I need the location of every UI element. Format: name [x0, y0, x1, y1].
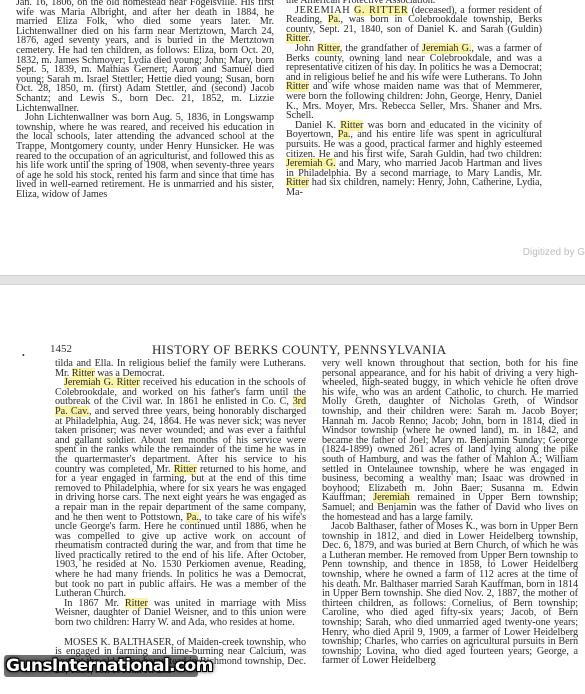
page-separator: [0, 275, 585, 285]
text-column-right: very well known throughout that section,…: [322, 359, 578, 666]
scanned-page-bottom: 1452 HISTORY OF BERKS COUNTY, PENNSYLVAN…: [0, 285, 585, 694]
text-run: , to take care of his wife's uncle Georg…: [55, 512, 306, 600]
paragraph: Jeremiah G. Ritter received his educatio…: [55, 378, 306, 599]
text-run: and wife whose maiden name was that of M…: [286, 81, 542, 121]
scanned-page-top: Jan. 16, 1806, on the old homestead near…: [0, 0, 585, 275]
running-header: 1452 HISTORY OF BERKS COUNTY, PENNSYLVAN…: [0, 343, 585, 359]
bullet-mark: •: [22, 351, 25, 360]
paragraph: JEREMIAH G. RITTER (deceased), a former …: [286, 6, 542, 44]
running-title: HISTORY OF BERKS COUNTY, PENNSYLVANIA: [152, 342, 446, 358]
text-run: had six children, namely: Henry, John, C…: [286, 177, 542, 198]
text-column-left: Jan. 16, 1806, on the old homestead near…: [16, 0, 274, 199]
paragraph: Jacob Balthaser, father of Moses K., was…: [322, 522, 578, 666]
paragraph: Daniel K. Ritter was born and educated i…: [286, 121, 542, 198]
paragraph: tilda and Ella. In religious belief the …: [55, 359, 306, 378]
text-run: very well known throughout that section,…: [322, 358, 578, 503]
page-number: 1452: [50, 343, 72, 355]
text-column-left: tilda and Ella. In religious belief the …: [55, 359, 306, 676]
paragraph: John Ritter, the grandfather of Jeremiah…: [286, 44, 542, 121]
paragraph: John Lichtenwallner was born Aug. 5, 183…: [16, 113, 274, 199]
digitized-by-label: Digitized by G: [523, 247, 585, 258]
paragraph: Jan. 16, 1806, on the old homestead near…: [16, 0, 274, 113]
paragraph: very well known throughout that section,…: [322, 359, 578, 522]
text-column-right: the American Protective Association. JER…: [286, 0, 542, 197]
watermark-logo: GunsInternational.com: [4, 655, 198, 677]
paragraph: In 1867 Mr. Ritter was united in marriag…: [55, 599, 306, 628]
